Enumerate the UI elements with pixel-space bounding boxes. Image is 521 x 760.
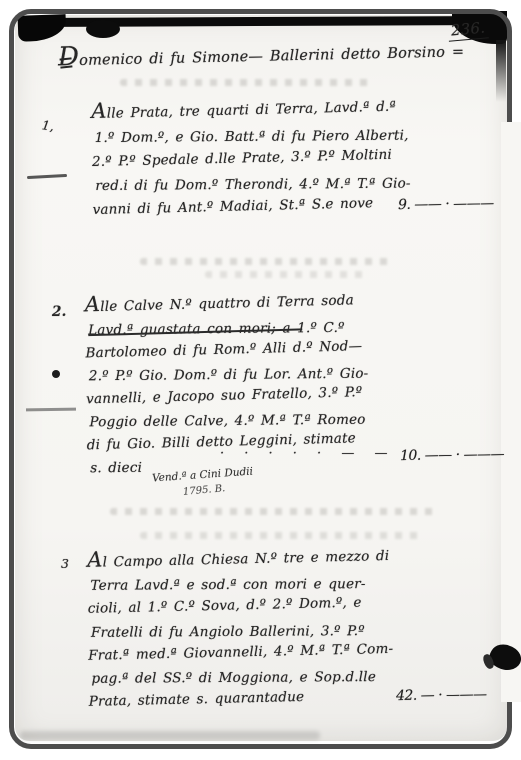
- entry-2-amount: 10. —— · ———: [400, 446, 521, 464]
- entry-1-amount: 9. —— · ———: [398, 195, 521, 213]
- entry-margin-number-2: 2.: [52, 304, 67, 320]
- entry-3-text: Al Campo alla Chiesa N.º tre e mezzo di …: [87, 545, 434, 714]
- manuscript-scan: 236. Domenico di fu Simone— Ballerini de…: [0, 0, 521, 760]
- scan-top-edge-blot: [86, 20, 120, 38]
- ink-bleedthrough: [110, 508, 440, 515]
- ink-bleedthrough: [120, 79, 370, 86]
- ink-bleedthrough: [140, 532, 425, 539]
- leader-dots: · · · · · — —: [220, 446, 394, 461]
- ink-bleedthrough: [140, 258, 395, 265]
- scan-bottom-shadow: [20, 731, 320, 740]
- folio-number: 236.: [447, 18, 489, 41]
- scan-right-edge-shadow: [496, 40, 506, 102]
- entry-1-text: Alle Prata, tre quarti di Terra, Lavd.ª …: [91, 95, 427, 222]
- entry-3-amount: 42. — · ———: [396, 686, 519, 704]
- margin-ink-dot: [52, 370, 60, 378]
- ink-bleedthrough: [205, 271, 370, 278]
- entry-margin-number-3: 3: [61, 556, 69, 571]
- entry-margin-number-1: 1,: [41, 117, 55, 134]
